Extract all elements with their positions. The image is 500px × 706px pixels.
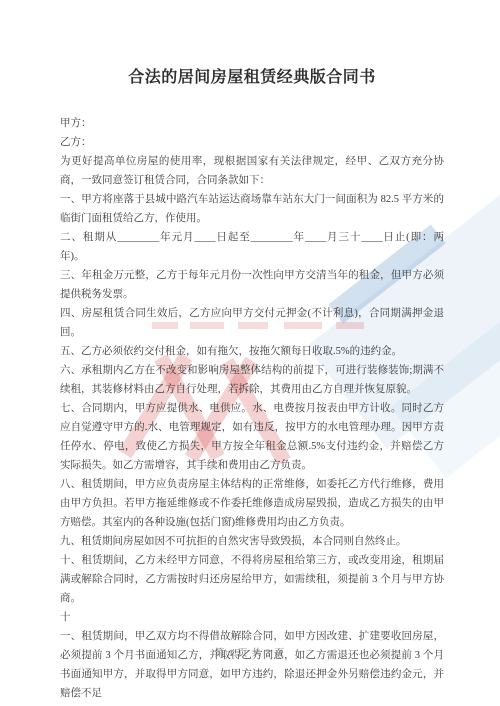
document-body: 甲方： 乙方： 为更好提高单位房屋的使用率，现根据国家有关法律规定，经甲、乙双方… [60,114,444,703]
clause-2-paragraph: 二、租期从________年元月____日起至________年____月三十_… [60,228,444,266]
clause-5-paragraph: 五、乙方必须依约交付租金，如有拖欠，按拖欠额每日收取.5%的违约金。 [60,342,444,361]
party-a-line: 甲方： [60,114,444,133]
preamble-paragraph: 为更好提高单位房屋的使用率，现根据国家有关法律规定，经甲、乙双方充分协商，一致同… [60,152,444,190]
document-content: 合法的居间房屋租赁经典版合同书 甲方： 乙方： 为更好提高单位房屋的使用率，现根… [0,0,500,703]
clause-9-paragraph: 九、租赁期间房屋如因不可抗拒的自然灾害导致毁损，本合同则自然终止。 [60,532,444,551]
clause-4-paragraph: 四、房屋租赁合同生效后，乙方应向甲方交付元押金(不计利息)，合同期满押金退回。 [60,304,444,342]
clause-11-paragraph: 一、租赁期间，甲乙双方均不得借故解除合同，如甲方因改建、扩建要收回房屋，必须提前… [60,627,444,703]
party-b-line: 乙方： [60,133,444,152]
page-number: 第 1 页 共 3 页 [0,645,500,659]
contract-document-page: 合法的居间房屋租赁经典版合同书 甲方： 乙方： 为更好提高单位房屋的使用率，现根… [0,0,500,706]
clause-6-paragraph: 六、承租期内乙方在不改变和影响房屋整体结构的前提下，可进行装修装饰;期满不续租，… [60,361,444,399]
document-title: 合法的居间房屋租赁经典版合同书 [60,64,444,87]
clause-1-paragraph: 一、甲方将座落于县城中路汽车站运达商场靠车站东大门一间面积为 82.5 平方米的… [60,190,444,228]
clause-3-paragraph: 三、年租金万元整，乙方于每年元月份一次性向甲方交清当年的租金，但甲方必须提供税务… [60,266,444,304]
clause-8-paragraph: 八、租赁期间，甲方应负责房屋主体结构的正常维修，如委托乙方代行维修，费用由甲方负… [60,475,444,532]
clause-7-paragraph: 七、合同期内，甲方应提供水、电供应。水、电费按月按表由甲方计收。同时乙方应自觉遵… [60,399,444,475]
clause-10-paragraph: 十、租赁期间，乙方未经甲方同意，不得将房屋租给第三方，或改变用途，租期届满或解除… [60,551,444,608]
clause-11-prefix-line: 十 [60,608,444,627]
